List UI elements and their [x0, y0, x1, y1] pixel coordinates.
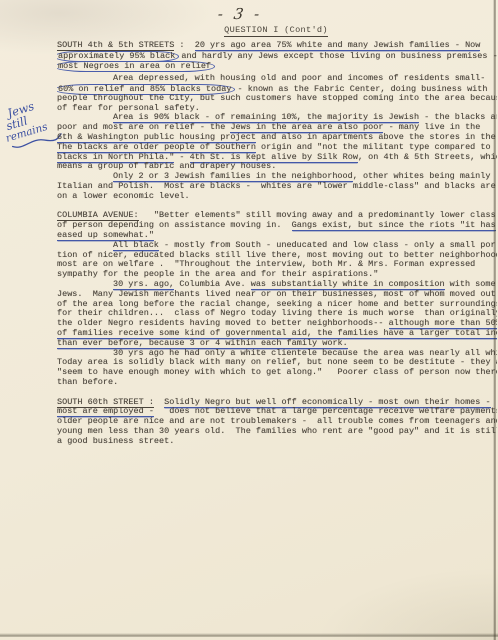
text-segment: - the blacks are [419, 112, 497, 122]
typed-line: most Negroes in area on relief [57, 61, 497, 71]
text-segment: of person depending on assistance moving… [57, 220, 292, 230]
pen-underlined-text: 20 yrs ago area 75% white and many Jewis… [195, 41, 481, 51]
document-title-text: QUESTION I (Cont'd) [224, 25, 328, 37]
typed-line: approximately 95% black and hardly any J… [57, 51, 497, 61]
text-segment: Today area is solidly black with many on… [57, 357, 497, 367]
text-segment: , other whites being mainly [353, 171, 491, 181]
text-segment: most are on welfare . "Throughout the in… [57, 259, 475, 269]
pen-circled-text: most Negroes in area on relief [57, 61, 215, 72]
section-heading: SOUTH 4th & 5th STREETS [57, 41, 174, 51]
text-segment: Italian and Polish. Most are blacks - wh… [57, 181, 496, 191]
text-segment: means a group of fabric and drapery hous… [57, 161, 276, 171]
text-segment: "Better elements" still moving away and … [139, 210, 496, 220]
text-segment: with some [445, 279, 496, 289]
text-segment: , on 4th & 5th Streets, which [358, 152, 497, 162]
paper-edge-right [493, 0, 496, 640]
text-segment: Area depressed, with housing old and poo… [113, 73, 485, 83]
page-number: - 3 - [217, 5, 264, 23]
text-segment: does not believe that a large percentage… [154, 406, 497, 416]
text-segment: a good business street. [57, 436, 174, 446]
pen-underlined-text: Gangs exist, but since the riots "it has [292, 220, 496, 231]
document-title: QUESTION I (Cont'd) [57, 25, 495, 35]
text-segment: people throughout the City, but such cus… [57, 93, 497, 103]
text-segment: Columbia Ave. [174, 279, 251, 289]
typed-line: a good business street. [57, 437, 497, 447]
paper-edge-bottom [0, 633, 498, 637]
text-segment: the older Negro residents having moved t… [57, 318, 389, 328]
text-segment: than before. [57, 377, 118, 387]
text-segment: poor and most are on relief - the [57, 122, 230, 132]
typed-line: SOUTH 4th & 5th STREETS : 20 yrs ago are… [57, 41, 497, 51]
text-segment: origin and "not the militant type compar… [256, 142, 491, 152]
text-segment: on a lower economic level. [57, 191, 190, 201]
typed-line: Area depressed, with housing old and poo… [57, 74, 497, 84]
text-segment: and also in apartments above the stores … [256, 132, 497, 142]
typed-line: "seem to have enough money with which to… [57, 368, 497, 378]
text-segment: young men less than 30 years old. The fa… [57, 426, 497, 436]
text-segment: and hardly any Jews except those living … [176, 51, 497, 61]
text-segment: for their children... class of Negro tod… [57, 308, 497, 318]
typed-line: on a lower economic level. [57, 192, 497, 202]
text-segment: "seem to have enough money with which to… [57, 367, 497, 377]
text-segment: - many live in the [383, 122, 480, 132]
text-segment: - mostly from South - uneducated and low… [159, 240, 497, 250]
scanned-document-page: - 3 - QUESTION I (Cont'd) Jews still rem… [0, 0, 498, 640]
text-segment: Jews. Many Jewish merchants lived near o… [57, 289, 496, 299]
text-segment: : [174, 41, 194, 50]
text-segment: sympathy for the people in the area and … [57, 269, 378, 279]
typed-line: than before. [57, 378, 497, 388]
typed-content: SOUTH 4th & 5th STREETS : 20 yrs ago are… [57, 41, 497, 447]
text-segment: older people are nice and are not troubl… [57, 416, 497, 426]
